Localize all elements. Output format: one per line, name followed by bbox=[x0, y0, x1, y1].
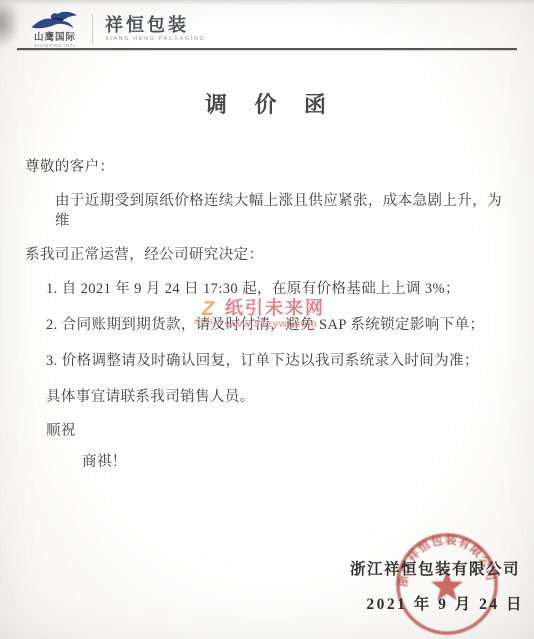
brand-xiangheng: 祥恒包装 XIANG HENG PACKAGING bbox=[105, 16, 205, 43]
header-rule bbox=[17, 48, 517, 50]
salutation: 尊敬的客户： bbox=[25, 157, 514, 177]
company-seal: 浙江祥恒包装有限公司 bbox=[393, 530, 501, 638]
eagle-logo-icon bbox=[30, 10, 80, 32]
paragraph-line-2: 系我司正常运营，经公司研究决定： bbox=[25, 245, 514, 265]
brand-right-subtitle: XIANG HENG PACKAGING bbox=[105, 37, 205, 43]
letter-page: 山鹰国际 SHANYING INTL 祥恒包装 XIANG HENG PACKA… bbox=[0, 0, 534, 639]
contact-line: 具体事宜请联系我司销售人员。 bbox=[25, 387, 514, 407]
wish-prefix: 顺祝 bbox=[25, 421, 514, 441]
page-title: 调 价 函 bbox=[0, 88, 534, 119]
signature-company: 浙江祥恒包装有限公司 bbox=[350, 557, 520, 579]
brand-left-name: 山鹰国际 bbox=[34, 33, 76, 43]
signature-date: 2021 年 9 月 24 日 bbox=[366, 592, 524, 614]
list-item-3: 3. 价格调整请及时确认回复，订单下达以我司系统录入时间为准； bbox=[25, 351, 514, 371]
header-divider bbox=[92, 14, 93, 44]
letterhead: 山鹰国际 SHANYING INTL 祥恒包装 XIANG HENG PACKA… bbox=[30, 8, 205, 50]
brand-shanying: 山鹰国际 SHANYING INTL bbox=[30, 10, 80, 49]
photo-corner-shadow bbox=[0, 2, 16, 54]
brand-right-name: 祥恒包装 bbox=[105, 16, 205, 34]
paragraph-line-1: 由于近期受到原纸价格连续大幅上涨且供应紧张，成本急剧上升，为维 bbox=[25, 191, 514, 231]
letter-body: 尊敬的客户： 由于近期受到原纸价格连续大幅上涨且供应紧张，成本急剧上升，为维 系… bbox=[25, 157, 514, 485]
list-item-1: 1. 自 2021 年 9 月 24 日 17:30 起，在原有价格基础上上调 … bbox=[25, 279, 514, 299]
wish-text: 商祺！ bbox=[25, 452, 514, 472]
list-item-2: 2. 合同账期到期货款，请及时付清，避免 SAP 系统锁定影响下单； bbox=[25, 315, 514, 335]
